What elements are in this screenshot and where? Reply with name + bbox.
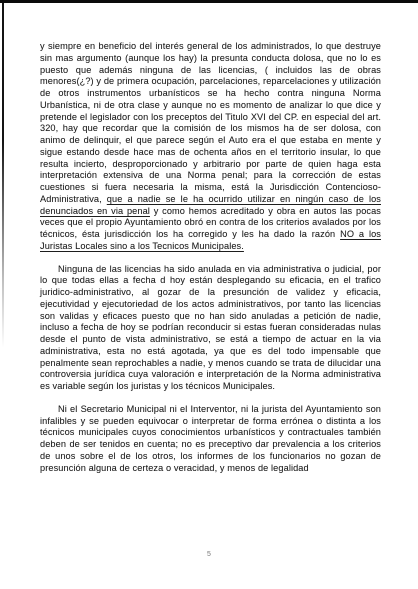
document-page: y siempre en beneficio del interés gener… bbox=[0, 0, 418, 589]
text-block: y siempre en beneficio del interés gener… bbox=[40, 41, 381, 485]
paragraph-3: Ni el Secretario Municipal ni el Interve… bbox=[40, 404, 381, 475]
paragraph-2-segment-1: Ninguna de las licencias ha sido anulada… bbox=[40, 264, 381, 392]
paragraph-1-segment-1: y siempre en beneficio del interés gener… bbox=[40, 41, 381, 204]
paragraph-1: y siempre en beneficio del interés gener… bbox=[40, 41, 381, 253]
scan-artifact-left-edge bbox=[2, 3, 4, 348]
scan-artifact-top-edge bbox=[0, 0, 418, 3]
paragraph-3-segment-1: Ni el Secretario Municipal ni el Interve… bbox=[40, 404, 381, 473]
paragraph-2: Ninguna de las licencias ha sido anulada… bbox=[40, 264, 381, 393]
page-number: 5 bbox=[0, 551, 418, 558]
